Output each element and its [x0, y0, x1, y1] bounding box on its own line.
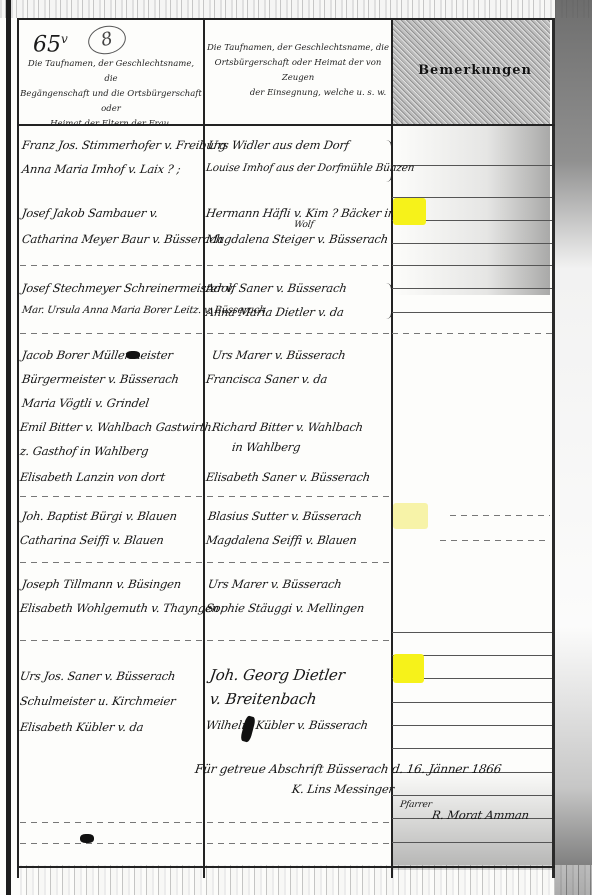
certification-rule — [392, 842, 552, 843]
page-number-value: 65 — [33, 32, 61, 57]
certification-line-2: K. Lins Messinger — [291, 782, 395, 796]
remarks-rule — [392, 288, 552, 289]
entry-3-bracket — [385, 283, 392, 319]
entry-8-remark-highlight — [393, 654, 424, 683]
entry-3-parent-1: Josef Stechmeyer Schreinermeister v. — [21, 281, 235, 295]
entry-4-witness-2: Francisca Saner v. da — [205, 372, 328, 386]
page-number: 65v — [33, 32, 68, 57]
entry-6-parent-1: Joh. Baptist Bürgi v. Blauen — [21, 509, 178, 523]
row-rule — [20, 265, 390, 266]
scan-noise-top — [0, 0, 592, 18]
entry-8-parent-3: Elisabeth Kübler v. da — [19, 720, 144, 734]
header-column-remarks: Bemerkungen — [405, 63, 545, 78]
left-margin-rule — [6, 0, 11, 895]
ink-blot — [80, 834, 94, 843]
certification-line-4: R. Morat Amman — [431, 808, 530, 822]
entry-7-witness-1: Urs Marer v. Büsserach — [207, 577, 343, 591]
entry-8-parent-2: Schulmeister u. Kirchmeier — [19, 694, 176, 708]
entry-8-witness-1: Joh. Georg Dietler — [209, 666, 346, 684]
entry-2-parent-1: Josef Jakob Sambauer v. — [21, 206, 159, 220]
row-rule — [20, 496, 390, 497]
entry-2-witness-2: Magdalena Steiger v. Büsserach — [205, 232, 389, 246]
certification-line-3: Pfarrer — [399, 800, 432, 810]
remarks-rule — [392, 702, 552, 703]
certification-line-1: Für getreue Abschrift Büsserach d. 16. J… — [194, 762, 502, 776]
right-border-rule — [552, 18, 555, 878]
entry-2-witness-note: Wolf — [293, 220, 314, 230]
entry-5-witness-1: Richard Bitter v. Wahlbach — [211, 420, 364, 434]
entry-4-parent-2: Bürgermeister v. Büsserach — [21, 372, 180, 386]
row-rule — [20, 843, 390, 844]
entry-2-remark-highlight — [393, 198, 426, 225]
header-line: Heimat der Eltern der Frau. — [20, 117, 202, 132]
entry-4-parent-3: Maria Vögtli v. Grindel — [21, 396, 150, 410]
header-top-rule — [17, 18, 555, 20]
entry-1-bracket — [385, 140, 392, 182]
row-rule — [20, 640, 390, 641]
entry-5-parent-3: Elisabeth Lanzin von dort — [19, 470, 166, 484]
header-line: Begängenschaft und die Ortsbürgerschaft … — [20, 87, 202, 117]
entry-6-witness-2: Magdalena Seiffi v. Blauen — [205, 533, 358, 547]
row-rule — [20, 333, 390, 334]
circled-folio-number: 8 — [86, 22, 129, 57]
remarks-rule — [392, 725, 552, 726]
remarks-rule — [440, 540, 550, 541]
remarks-rule — [392, 243, 552, 244]
remarks-rule — [392, 165, 552, 166]
entry-4-witness-1: Urs Marer v. Büsserach — [211, 348, 347, 362]
entry-5-witness-2: in Wahlberg — [231, 440, 301, 454]
register-page: 65v 8 Die Taufnamen, der Geschlechtsname… — [0, 0, 592, 895]
entry-3-witness-2: Anna Maria Dietler v. da — [205, 305, 345, 319]
entry-8-witness-3: Wilhelm Kübler v. Büsserach — [205, 718, 369, 732]
entry-5-parent-2: z. Gasthof in Wahlberg — [19, 444, 149, 458]
entry-8-parent-1: Urs Jos. Saner v. Büsserach — [19, 669, 176, 683]
remarks-rule — [392, 632, 552, 633]
certification-rule — [392, 795, 552, 796]
scan-shadow-right-edge — [555, 0, 592, 895]
entry-6-remark-highlight — [393, 503, 428, 529]
header-column-witnesses: Die Taufnamen, der Geschlechtsname, die … — [205, 41, 391, 101]
scan-noise-bottom — [20, 865, 592, 895]
remarks-rule — [392, 748, 552, 749]
page-number-suffix: v — [61, 32, 68, 46]
entry-4-parent-1: Jacob Borer Müllermeister — [21, 348, 174, 362]
header-column-parents-of-bride: Die Taufnamen, der Geschlechtsname, die … — [20, 57, 202, 132]
left-border-rule — [17, 18, 19, 878]
remarks-rule — [450, 515, 550, 516]
header-line: der Einsegnung, welche u. s. w. — [205, 86, 391, 101]
remarks-rule — [392, 265, 552, 266]
row-rule — [20, 562, 390, 563]
entry-5-parent-1: Emil Bitter v. Wahlbach Gastwirth — [19, 420, 213, 434]
entry-3-witness-1: Adolf Saner v. Büsserach — [205, 281, 348, 295]
header-line: Die Taufnamen, der Geschlechtsname, die — [205, 41, 391, 56]
remarks-rule — [392, 333, 552, 334]
entry-1-witness-1: Urs Widler aus dem Dorf — [207, 138, 350, 152]
entry-2-witness-1: Hermann Häfli v. Kim ? Bäcker in — [205, 206, 396, 220]
entry-1-parent-2: Anna Maria Imhof v. Laix ? ; — [21, 162, 181, 176]
entry-8-witness-2: v. Breitenbach — [209, 690, 318, 708]
header-line: Die Taufnamen, der Geschlechtsname, die — [20, 57, 202, 87]
entry-6-parent-2: Catharina Seiffi v. Blauen — [19, 533, 165, 547]
ink-blot — [126, 351, 140, 359]
entry-1-witness-2: Louise Imhof aus der Dorfmühle Bünzen — [205, 162, 415, 174]
entry-6-witness-1: Blasius Sutter v. Büsserach — [207, 509, 363, 523]
entry-2-parent-2: Catharina Meyer Baur v. Büsserach — [21, 232, 224, 246]
header-line: Ortsbürgerschaft oder Heimat der von Zeu… — [205, 56, 391, 86]
entry-5-witness-3: Elisabeth Saner v. Büsserach — [205, 470, 371, 484]
entry-7-witness-2: Sophie Stäuggi v. Mellingen — [205, 601, 365, 615]
row-rule — [20, 822, 390, 823]
entry-1-parent-1: Franz Jos. Stimmerhofer v. Freiburg — [21, 138, 227, 152]
bottom-rule — [17, 866, 555, 868]
remarks-rule — [392, 312, 552, 313]
entry-7-parent-1: Joseph Tillmann v. Büsingen — [21, 577, 182, 591]
entry-7-parent-2: Elisabeth Wohlgemuth v. Thayngen — [19, 601, 220, 615]
